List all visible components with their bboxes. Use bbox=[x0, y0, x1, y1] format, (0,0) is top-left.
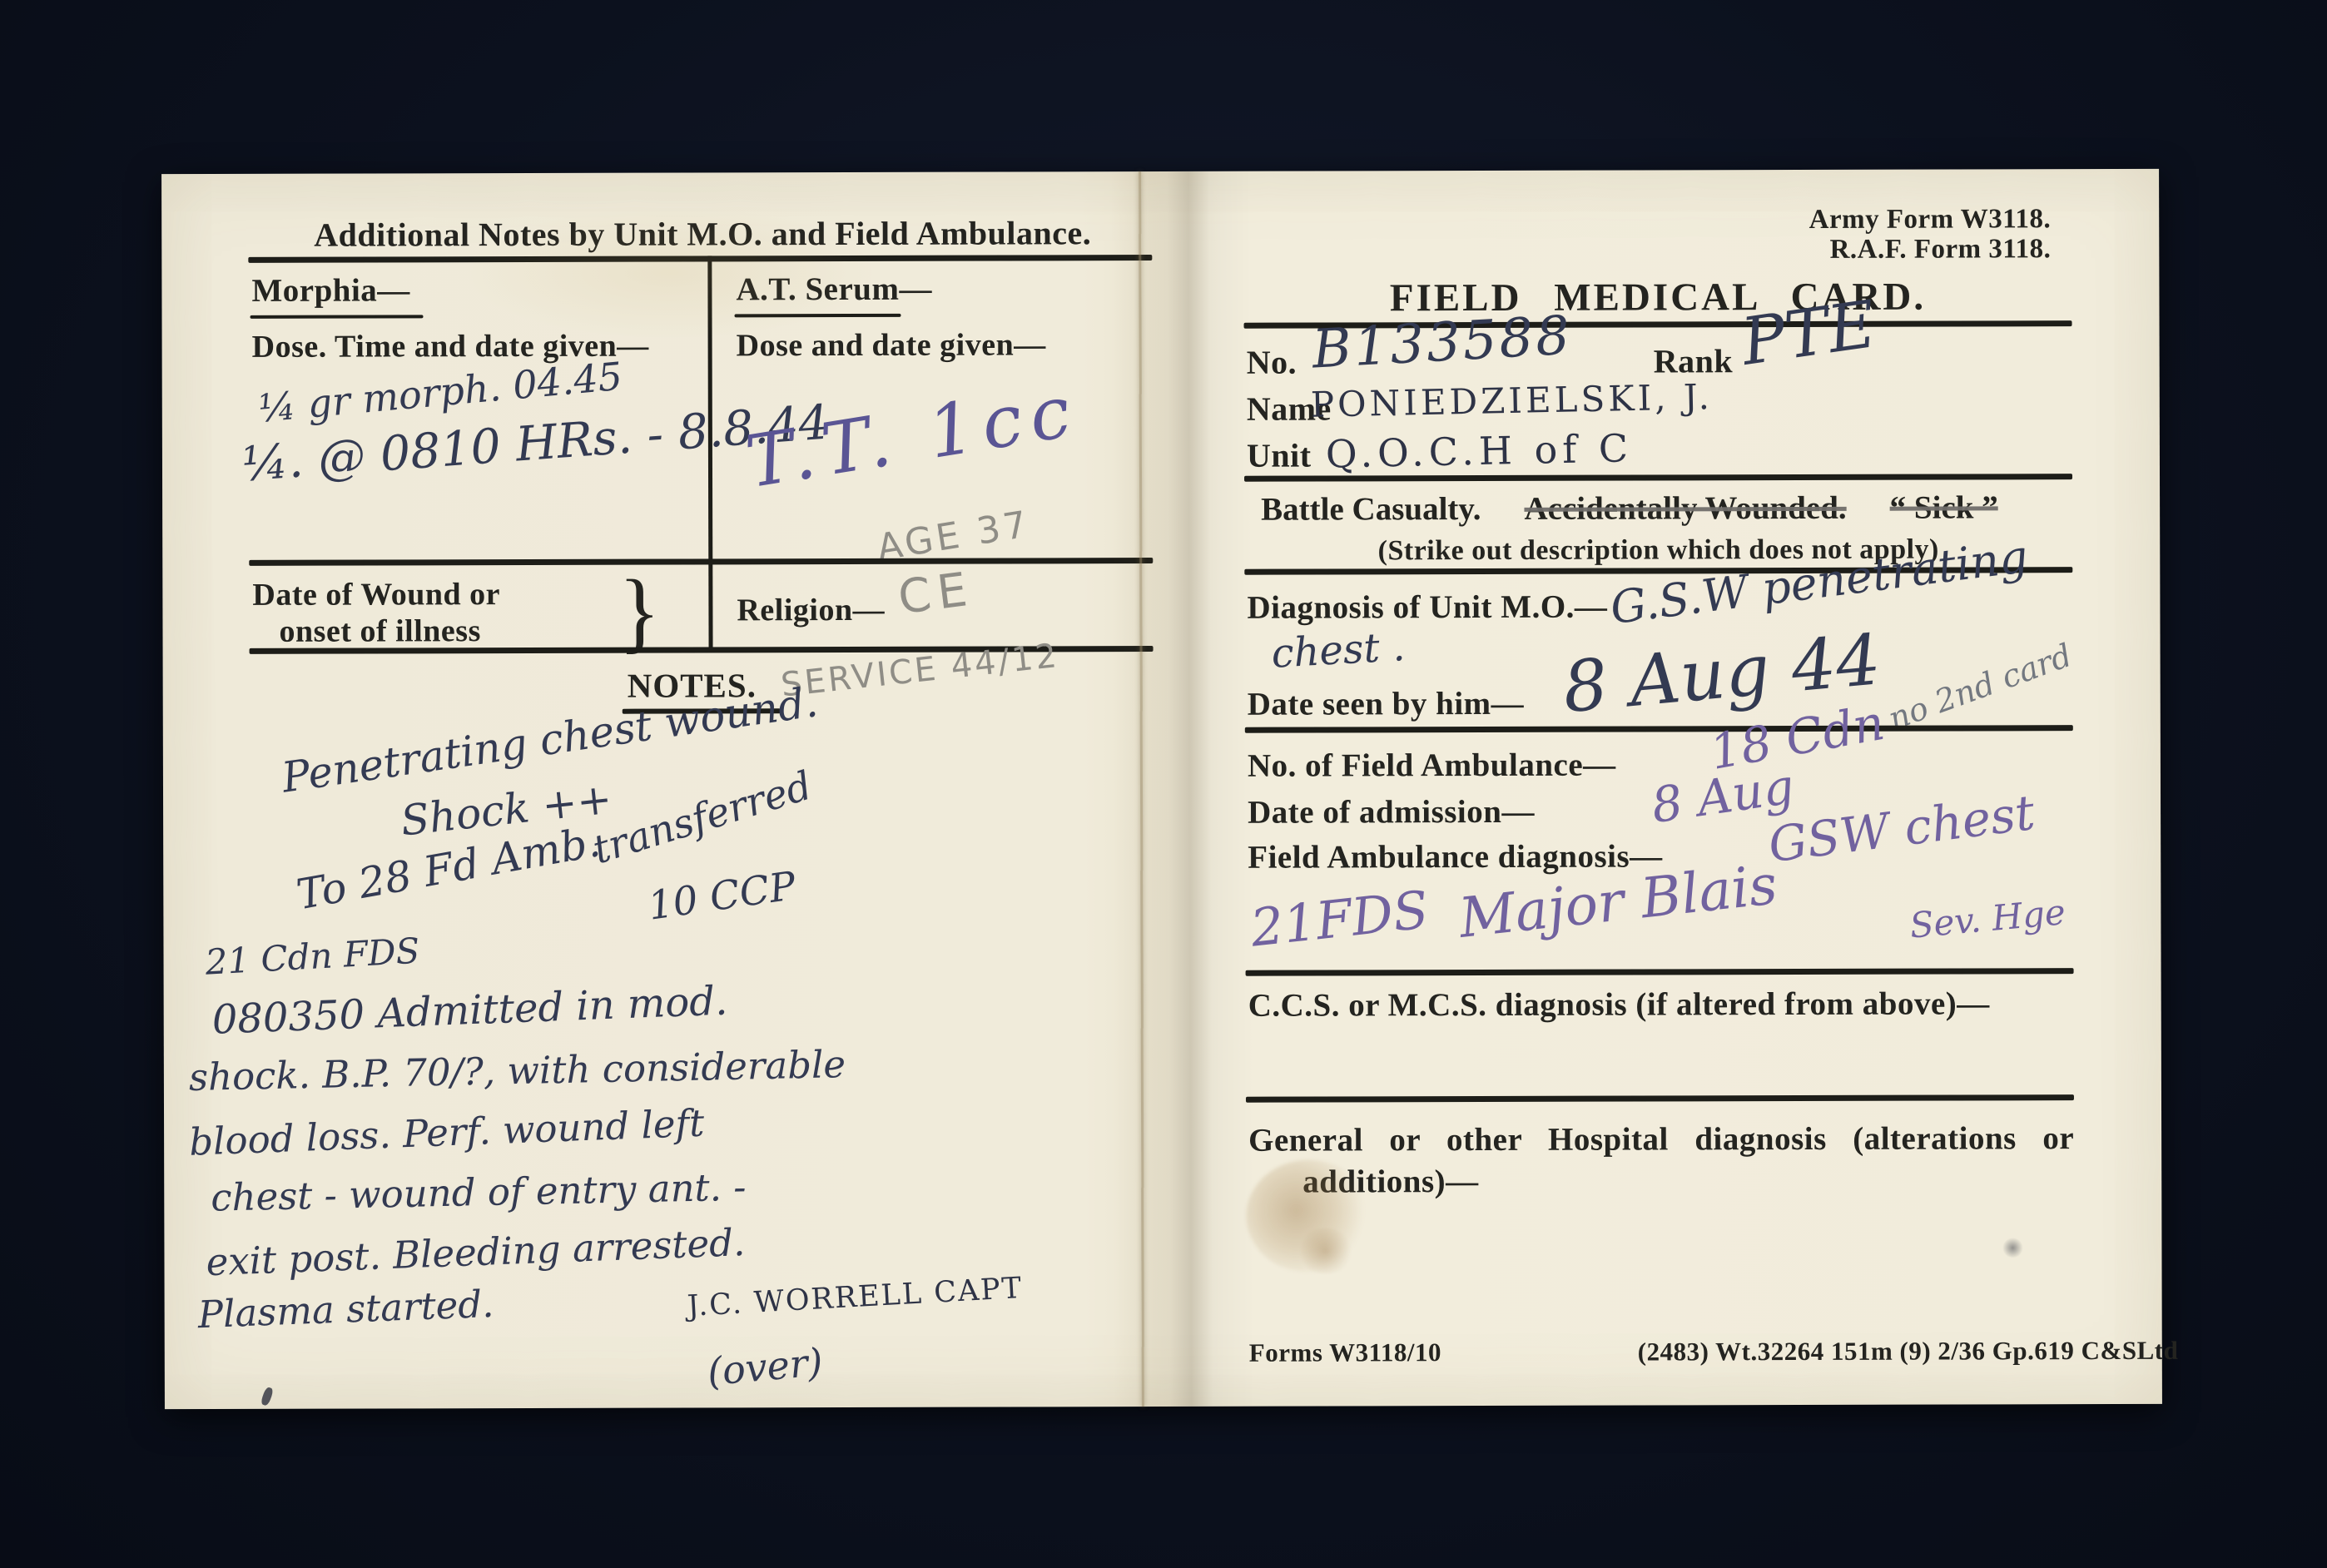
unit-label: Unit bbox=[1247, 436, 1312, 475]
field-ambulance-diagnosis-value: GSW chest bbox=[1765, 784, 2037, 873]
rule-above-wound-date bbox=[249, 558, 1153, 566]
unit-mo-diagnosis-label: Diagnosis of Unit M.O.— bbox=[1247, 588, 1607, 627]
rule-under-left-title bbox=[248, 255, 1152, 263]
no-value: B133588 bbox=[1311, 305, 1574, 381]
rule-above-ccs bbox=[1246, 968, 2074, 976]
rule-below-unit bbox=[1244, 474, 2072, 482]
admission-note-1: 21 Cdn FDS bbox=[204, 930, 420, 983]
admission-note-5: chest - wound of entry ant. - bbox=[211, 1165, 747, 1220]
fold-shadow bbox=[1110, 171, 1255, 1407]
raf-form-ref: R.A.F. Form 3118. bbox=[1784, 234, 2051, 265]
general-diagnosis-label-line2: additions)— bbox=[1302, 1163, 1479, 1201]
rule-above-general bbox=[1246, 1094, 2074, 1103]
over-note: (over) bbox=[706, 1339, 825, 1394]
medical-officer-signature: J.C. WORRELL CAPT bbox=[687, 1272, 1024, 1323]
field-ambulance-no-label: No. of Field Ambulance— bbox=[1248, 747, 1616, 785]
admission-note-7: Plasma started. bbox=[197, 1282, 494, 1337]
rank-label: Rank bbox=[1654, 341, 1734, 380]
brown-stain-small bbox=[1296, 1228, 1354, 1273]
religion-pencil-entry: CE bbox=[896, 562, 977, 625]
fds-severity-note: Sev. Hge bbox=[1908, 891, 2067, 946]
morphia-label: Morphia— bbox=[251, 271, 409, 309]
wound-date-label-line2: onset of illness bbox=[279, 613, 480, 650]
morphia-underline bbox=[251, 315, 424, 319]
photo-background: Additional Notes by Unit M.O. and Field … bbox=[0, 0, 2327, 1568]
admission-note-6: exit post. Bleeding arrested. bbox=[206, 1220, 746, 1284]
field-medical-card: Additional Notes by Unit M.O. and Field … bbox=[161, 169, 2162, 1409]
ccs-diagnosis-label: C.C.S. or M.C.S. diagnosis (if altered f… bbox=[1248, 985, 1990, 1024]
gray-smudge bbox=[2002, 1238, 2023, 1258]
army-form-ref: Army Form W3118. bbox=[1784, 204, 2051, 236]
unit-value: Q.O.C.H of C bbox=[1325, 425, 1633, 476]
at-serum-underline bbox=[735, 314, 901, 318]
fds-unit-note: 21FDS bbox=[1248, 879, 1431, 959]
left-panel-title: Additional Notes by Unit M.O. and Field … bbox=[253, 213, 1152, 255]
notes-line-5: 10 CCP bbox=[645, 863, 798, 930]
admission-note-4: blood loss. Perf. wound left bbox=[188, 1101, 705, 1164]
ink-speck bbox=[260, 1387, 274, 1407]
fold-crease-line bbox=[1139, 171, 1144, 1407]
wound-date-label-line1: Date of Wound or bbox=[252, 576, 500, 613]
at-serum-label: A.T. Serum— bbox=[736, 270, 932, 309]
date-seen-pencil-note: no 2nd card bbox=[1883, 637, 2076, 737]
right-panel-title: FIELD MEDICAL CARD. bbox=[1243, 274, 2071, 321]
rule-below-date-seen bbox=[1245, 725, 2073, 733]
admission-date-label: Date of admission— bbox=[1248, 793, 1535, 831]
unit-mo-diagnosis-value-line2: chest . bbox=[1270, 623, 1406, 677]
at-serum-entry: T.T. 1cc bbox=[741, 369, 1084, 504]
date-seen-label: Date seen by him— bbox=[1248, 685, 1525, 723]
religion-label: Religion— bbox=[737, 592, 885, 628]
battle-casualty-option: Battle Casualty. bbox=[1261, 490, 1481, 528]
footer-form-number: Forms W3118/10 bbox=[1249, 1337, 1441, 1368]
accidentally-wounded-option-struck: Accidentally Wounded. bbox=[1524, 489, 1846, 528]
no-label: No. bbox=[1247, 343, 1297, 382]
general-diagnosis-label-line1: General or other Hospital diagnosis (alt… bbox=[1248, 1119, 2074, 1159]
casualty-type-row: Battle Casualty. Accidentally Wounded. “… bbox=[1261, 489, 2060, 528]
name-value: PONIEDZIELSKI, J. bbox=[1310, 376, 1713, 425]
notes-line-4: transferred bbox=[588, 763, 817, 874]
at-serum-dose-label: Dose and date given— bbox=[737, 326, 1046, 364]
sick-option-struck: “ Sick ” bbox=[1890, 489, 1998, 526]
footer-print-code: (2483) Wt.32264 151m (9) 2/36 Gp.619 C&S… bbox=[1638, 1336, 2075, 1367]
admission-note-3: shock. B.P. 70/?, with considerable bbox=[188, 1042, 846, 1099]
admission-note-2: 080350 Admitted in mod. bbox=[211, 978, 728, 1044]
